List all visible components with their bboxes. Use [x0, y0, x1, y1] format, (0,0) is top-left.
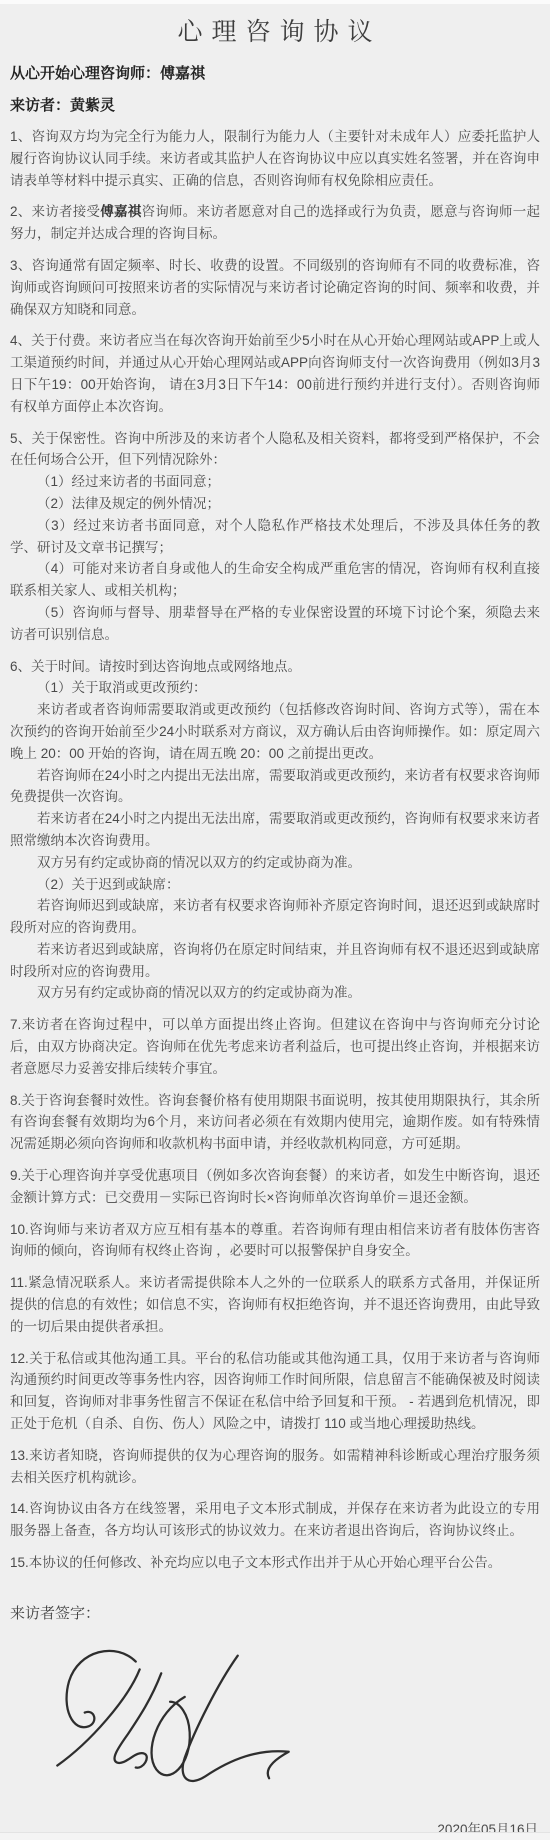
clause-paragraph: 2、来访者接受傅嘉祺咨询师。来访者愿意对自己的选择或行为负责，愿意与咨询师一起努… — [10, 201, 540, 245]
clause-subparagraph: （2）法律及规定的例外情况； — [10, 493, 540, 515]
counselor-line: 从心开始心理咨询师：傅嘉祺 — [10, 64, 540, 84]
clause-paragraph: 14.咨询协议由各方在线签署，采用电子文本形式制成，并保存在来访者为此设立的专用… — [10, 1498, 540, 1542]
clauses: 1、咨询双方均为完全行为能力人，限制行为能力人（主要针对未成年人）应委托监护人履… — [10, 126, 540, 1574]
clause-paragraph: 10.咨询师与来访者双方应互相有基本的尊重。若咨询师有理由相信来访者有肢体伤害咨… — [10, 1219, 540, 1263]
clause-subparagraph: 若咨询师在24小时之内提出无法出席，需要取消或更改预约，来访者有权要求咨询师免费… — [10, 765, 540, 809]
clause-paragraph: 5、关于保密性。咨询中所涉及的来访者个人隐私及相关资料，都将受到严格保护，不会在… — [10, 428, 540, 472]
clause-subparagraph: 双方另有约定或协商的情况以双方的约定或协商为准。 — [10, 982, 540, 1004]
clause-paragraph: 15.本协议的任何修改、补充均应以电子文本形式作出并于从心开始心理平台公告。 — [10, 1552, 540, 1574]
clause-paragraph: 13.来访者知晓，咨询师提供的仅为心理咨询的服务。如需精神科诊断或心理治疗服务须… — [10, 1445, 540, 1489]
clause-subparagraph: 若来访者迟到或缺席，咨询将仍在原定时间结束，并且咨询师有权不退还迟到或缺席时段所… — [10, 939, 540, 983]
page-top-edge — [0, 0, 550, 4]
clause-paragraph: 11.紧急情况联系人。来访者需提供除本人之外的一位联系人的联系方式备用，并保证所… — [10, 1272, 540, 1337]
signature-label: 来访者签字： — [10, 1604, 540, 1624]
clause-subparagraph: 若来访者在24小时之内提出无法出席，需要取消或更改预约，咨询师有权要求来访者照常… — [10, 808, 540, 852]
clause-subparagraph: （1）经过来访者的书面同意； — [10, 471, 540, 493]
clause-subparagraph: 双方另有约定或协商的情况以双方的约定或协商为准。 — [10, 852, 540, 874]
clause-subparagraph: （4）可能对来访者自身或他人的生命安全构成严重危害的情况，咨询师有权利直接联系相… — [10, 558, 540, 602]
clause-paragraph: 3、咨询通常有固定频率、时长、收费的设置。不同级别的咨询师有不同的收费标准，咨询… — [10, 255, 540, 320]
clause-paragraph: 8.关于咨询套餐时效性。咨询套餐价格有使用期限书面说明，按其使用期限执行，其余所… — [10, 1090, 540, 1155]
clause-subparagraph: 来访者或者咨询师需要取消或更改预约（包括修改咨询时间、咨询方式等），需在本次预约… — [10, 699, 540, 764]
client-line: 来访者：黄紫灵 — [10, 96, 540, 116]
clause-paragraph: 4、关于付费。来访者应当在每次咨询开始前至少5小时在从心开始心理网站或APP上或… — [10, 330, 540, 417]
clause-paragraph: 7.来访者在咨询过程中，可以单方面提出终止咨询。但建议在咨询中与咨询师充分讨论后… — [10, 1014, 540, 1079]
clause-paragraph: 12.关于私信或其他沟通工具。平台的私信功能或其他沟通工具，仅用于来访者与咨询师… — [10, 1348, 540, 1435]
clause-subparagraph: 若咨询师迟到或缺席，来访者有权要求咨询师补齐原定咨询时间，退还迟到或缺席时段所对… — [10, 895, 540, 939]
clause-subparagraph: （5）咨询师与督导、朋辈督导在严格的专业保密设置的环境下讨论个案，须隐去来访者可… — [10, 602, 540, 646]
clause-subparagraph: （3）经过来访者书面同意，对个人隐私作严格技术处理后，不涉及具体任务的教学、研讨… — [10, 515, 540, 559]
handwritten-signature-image — [42, 1640, 304, 1792]
clause-subparagraph: （2）关于迟到或缺席： — [10, 874, 540, 896]
page-bottom-edge — [0, 1832, 550, 1840]
clause-paragraph: 9.关于心理咨询并享受优惠项目（例如多次咨询套餐）的来访者，如发生中断咨询，退还… — [10, 1165, 540, 1209]
clause-paragraph: 6、关于时间。请按时到达咨询地点或网络地点。 — [10, 656, 540, 678]
agreement-document: 心理咨询协议 从心开始心理咨询师：傅嘉祺 来访者：黄紫灵 1、咨询双方均为完全行… — [0, 0, 550, 1840]
document-title: 心理咨询协议 — [10, 12, 540, 48]
clause-subparagraph: （1）关于取消或更改预约： — [10, 677, 540, 699]
clause-paragraph: 1、咨询双方均为完全行为能力人，限制行为能力人（主要针对未成年人）应委托监护人履… — [10, 126, 540, 191]
